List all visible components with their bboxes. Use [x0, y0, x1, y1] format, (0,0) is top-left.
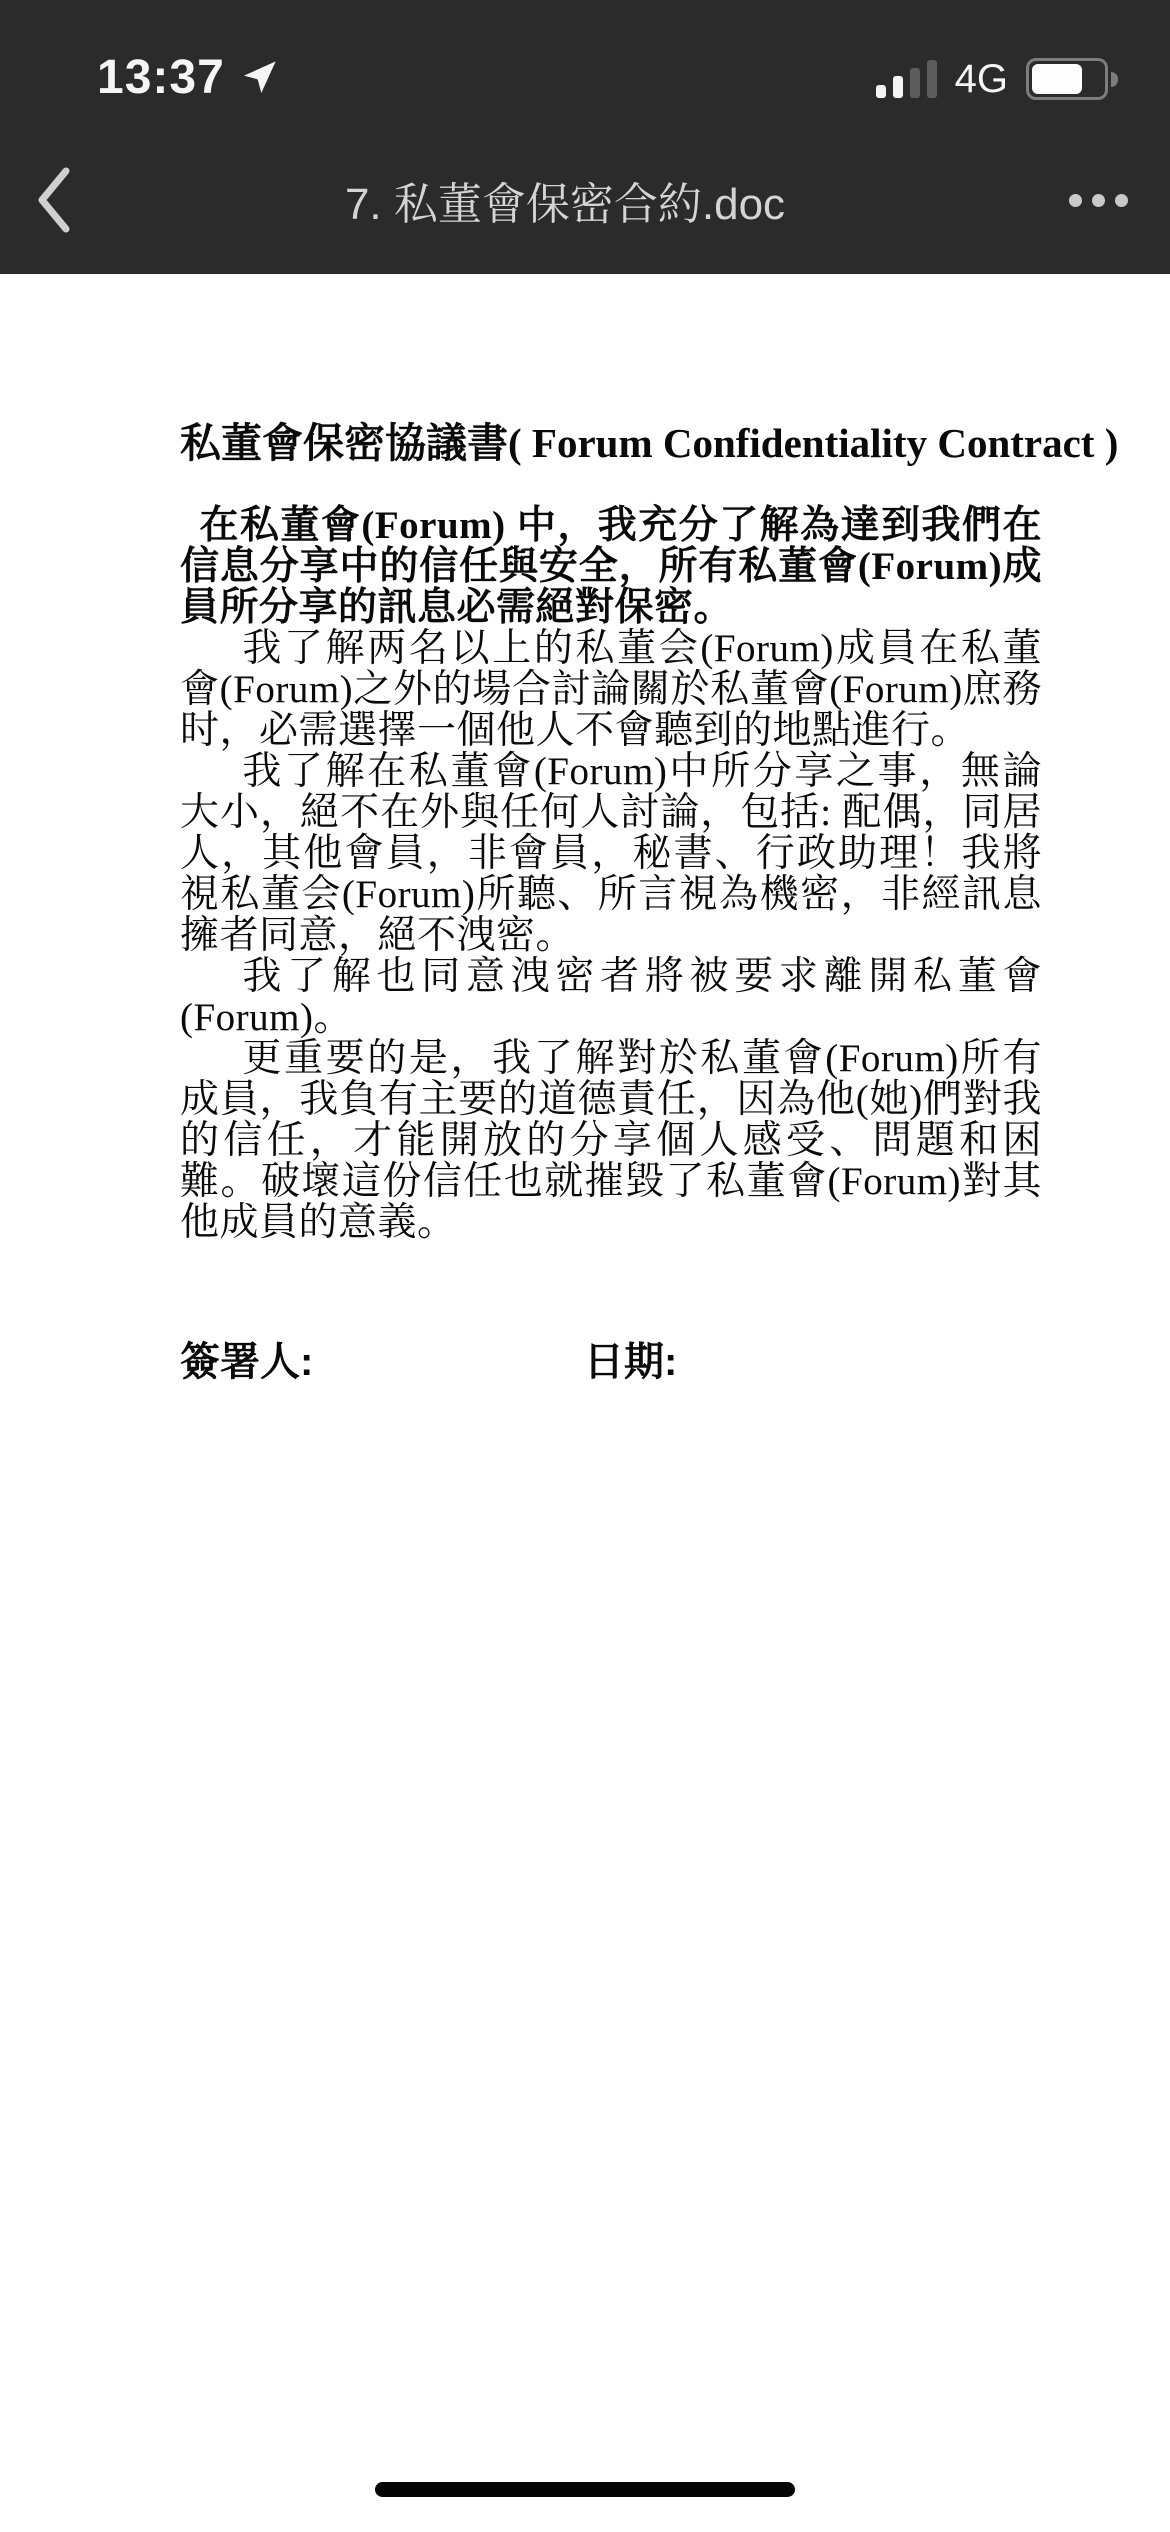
- doc-heading: 私董會保密協議書( Forum Confidentiality Contract…: [180, 420, 1042, 466]
- clock: 13:37: [97, 54, 225, 102]
- doc-paragraph: 更重要的是，我了解對於私董會(Forum)所有成員，我負有主要的道德責任，因為他…: [180, 1038, 1042, 1243]
- cellular-signal-icon: [876, 60, 937, 98]
- signal-bar: [910, 68, 920, 98]
- battery-level: [1032, 64, 1082, 94]
- signal-bar: [893, 76, 903, 98]
- date-label: 日期:: [584, 1330, 677, 1387]
- document-title-bar: 7. 私董會保密合約.doc: [106, 168, 1024, 232]
- status-right: 4G: [876, 58, 1118, 102]
- document-page[interactable]: 私董會保密協議書( Forum Confidentiality Contract…: [0, 274, 1170, 2532]
- location-arrow-icon: [239, 58, 279, 98]
- battery-body: [1026, 58, 1108, 100]
- status-left: 13:37: [97, 54, 279, 102]
- signer-label: 簽署人:: [180, 1330, 313, 1387]
- doc-paragraph: 我了解也同意洩密者將被要求離開私董會(Forum)。: [180, 956, 1042, 1038]
- battery-icon: [1026, 58, 1118, 100]
- doc-paragraph: 我了解在私董會(Forum)中所分享之事，無論大小，絕不在外與任何人討論，包括:…: [180, 751, 1042, 956]
- ellipsis-icon: [1069, 194, 1082, 207]
- home-indicator[interactable]: [375, 2482, 795, 2497]
- ellipsis-icon: [1115, 194, 1128, 207]
- doc-paragraph: 在私董會(Forum) 中，我充分了解為達到我們在信息分享中的信任與安全，所有私…: [180, 505, 1042, 628]
- doc-paragraphs: 在私董會(Forum) 中，我充分了解為達到我們在信息分享中的信任與安全，所有私…: [180, 505, 1042, 1243]
- network-type-label: 4G: [953, 59, 1010, 99]
- doc-paragraph: 我了解两名以上的私董会(Forum)成員在私董會(Forum)之外的場合討論關於…: [180, 628, 1042, 751]
- status-bar: 13:37 4G: [0, 0, 1170, 110]
- signal-bar: [927, 60, 937, 98]
- more-options-button[interactable]: [1024, 155, 1134, 245]
- phone-screen: 13:37 4G: [0, 0, 1170, 2532]
- nav-bar: 7. 私董會保密合約.doc: [0, 110, 1170, 274]
- ellipsis-icon: [1092, 194, 1105, 207]
- signal-bar: [876, 85, 886, 98]
- header: 13:37 4G: [0, 0, 1170, 274]
- chevron-left-icon: [36, 166, 72, 234]
- battery-nub: [1111, 72, 1118, 87]
- back-button[interactable]: [36, 155, 106, 245]
- signature-row: 簽署人: 日期:: [180, 1330, 1042, 1382]
